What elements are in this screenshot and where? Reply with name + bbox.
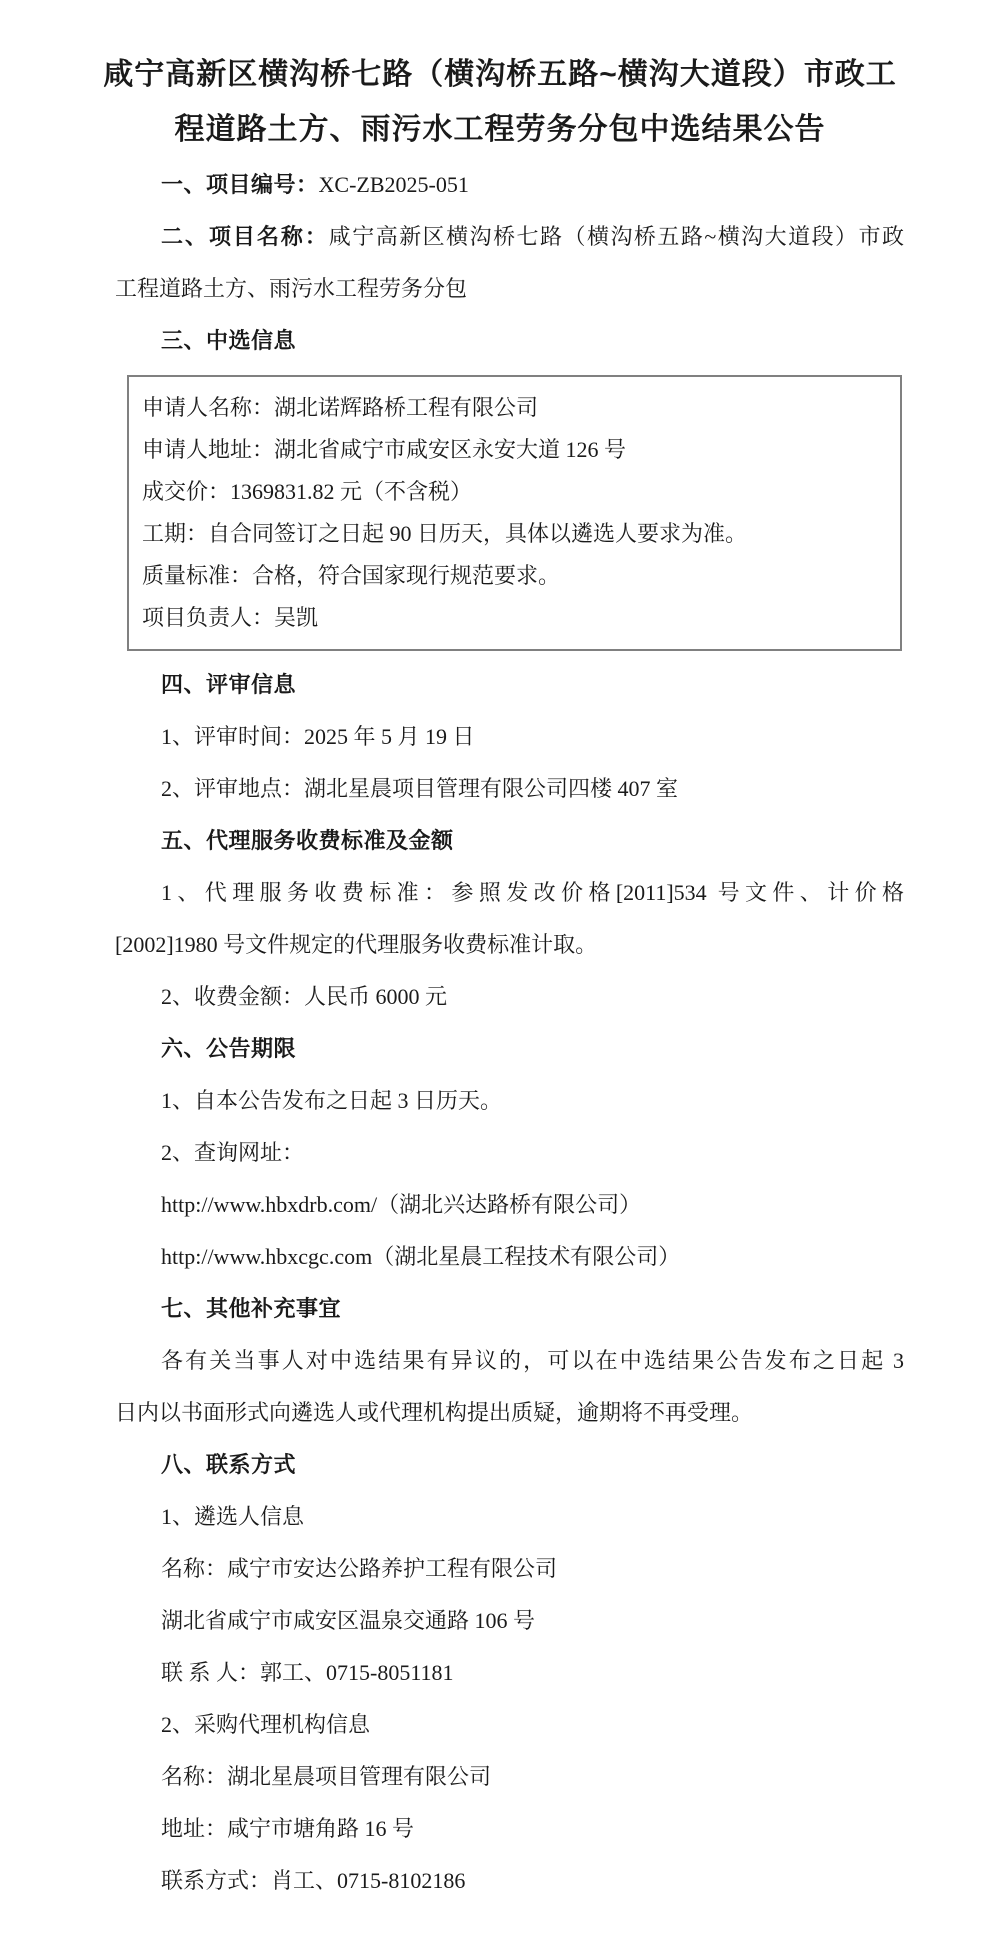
field-label: 一、项目编号： bbox=[161, 172, 319, 197]
section-heading: 三、中选信息 bbox=[0, 315, 1000, 367]
body-line: 名称：咸宁市安达公路养护工程有限公司 bbox=[0, 1543, 1000, 1595]
body-line: 一、项目编号：XC-ZB2025-051 bbox=[0, 159, 1000, 211]
announcement-page: { "page": { "colors": { "text": "#1a1a1a… bbox=[0, 0, 1000, 1952]
document-title: 咸宁高新区横沟桥七路（横沟桥五路~横沟大道段）市政工 程道路土方、雨污水工程劳务… bbox=[70, 47, 930, 157]
body-line: 工程道路土方、雨污水工程劳务分包 bbox=[0, 263, 1000, 315]
body-line: 1、自本公告发布之日起 3 日历天。 bbox=[0, 1075, 1000, 1127]
field-label: 二、项目名称： bbox=[161, 224, 329, 249]
body-line: 日内以书面形式向遴选人或代理机构提出质疑，逾期将不再受理。 bbox=[0, 1387, 1000, 1439]
document-title-line-2: 程道路土方、雨污水工程劳务分包中选结果公告 bbox=[70, 102, 930, 157]
body-line: 2、采购代理机构信息 bbox=[0, 1699, 1000, 1751]
section-heading: 六、公告期限 bbox=[0, 1023, 1000, 1075]
body-line: 2、查询网址： bbox=[0, 1127, 1000, 1179]
body-line: 二、项目名称：咸宁高新区横沟桥七路（横沟桥五路~横沟大道段）市政 bbox=[0, 211, 1000, 263]
info-box-line: 申请人地址：湖北省咸宁市咸安区永安大道 126 号 bbox=[142, 429, 890, 471]
body-line: 1、遴选人信息 bbox=[0, 1491, 1000, 1543]
body-line: 各有关当事人对中选结果有异议的，可以在中选结果公告发布之日起 3 bbox=[0, 1335, 1000, 1387]
section-heading: 七、其他补充事宜 bbox=[0, 1283, 1000, 1335]
body-line: http://www.hbxdrb.com/（湖北兴达路桥有限公司） bbox=[0, 1179, 1000, 1231]
body-line: 地址：咸宁市塘角路 16 号 bbox=[0, 1803, 1000, 1855]
body-line: 2、评审地点：湖北星晨项目管理有限公司四楼 407 室 bbox=[0, 763, 1000, 815]
info-box-line: 质量标准：合格，符合国家现行规范要求。 bbox=[142, 555, 890, 597]
body-line: 1、评审时间：2025 年 5 月 19 日 bbox=[0, 711, 1000, 763]
info-box-line: 项目负责人：吴凯 bbox=[142, 597, 890, 639]
field-value: 咸宁高新区横沟桥七路（横沟桥五路~横沟大道段）市政 bbox=[329, 224, 904, 249]
section-heading: 八、联系方式 bbox=[0, 1439, 1000, 1491]
body-line: 名称：湖北星晨项目管理有限公司 bbox=[0, 1751, 1000, 1803]
field-value: XC-ZB2025-051 bbox=[319, 172, 469, 197]
body-line: http://www.hbxcgc.com（湖北星晨工程技术有限公司） bbox=[0, 1231, 1000, 1283]
info-box-line: 申请人名称：湖北诺辉路桥工程有限公司 bbox=[142, 387, 890, 429]
body-line: 联系方式：肖工、0715-8102186 bbox=[0, 1855, 1000, 1907]
info-box-line: 成交价：1369831.82 元（不含税） bbox=[142, 471, 890, 513]
body-line: 联 系 人：郭工、0715-8051181 bbox=[0, 1647, 1000, 1699]
body-line: 1、代理服务收费标准：参照发改价格[2011]534 号文件、计价格 bbox=[0, 867, 1000, 919]
document-title-line-1: 咸宁高新区横沟桥七路（横沟桥五路~横沟大道段）市政工 bbox=[70, 47, 930, 102]
document-page: 咸宁高新区横沟桥七路（横沟桥五路~横沟大道段）市政工 程道路土方、雨污水工程劳务… bbox=[0, 0, 1000, 1907]
body-line: 湖北省咸宁市咸安区温泉交通路 106 号 bbox=[0, 1595, 1000, 1647]
section-heading: 五、代理服务收费标准及金额 bbox=[0, 815, 1000, 867]
body-line: 2、收费金额：人民币 6000 元 bbox=[0, 971, 1000, 1023]
document-body: 一、项目编号：XC-ZB2025-051二、项目名称：咸宁高新区横沟桥七路（横沟… bbox=[0, 159, 1000, 1907]
body-line: [2002]1980 号文件规定的代理服务收费标准计取。 bbox=[0, 919, 1000, 971]
section-heading: 四、评审信息 bbox=[0, 659, 1000, 711]
info-box-line: 工期：自合同签订之日起 90 日历天，具体以遴选人要求为准。 bbox=[142, 513, 890, 555]
selection-info-box: 申请人名称：湖北诺辉路桥工程有限公司申请人地址：湖北省咸宁市咸安区永安大道 12… bbox=[127, 375, 902, 651]
